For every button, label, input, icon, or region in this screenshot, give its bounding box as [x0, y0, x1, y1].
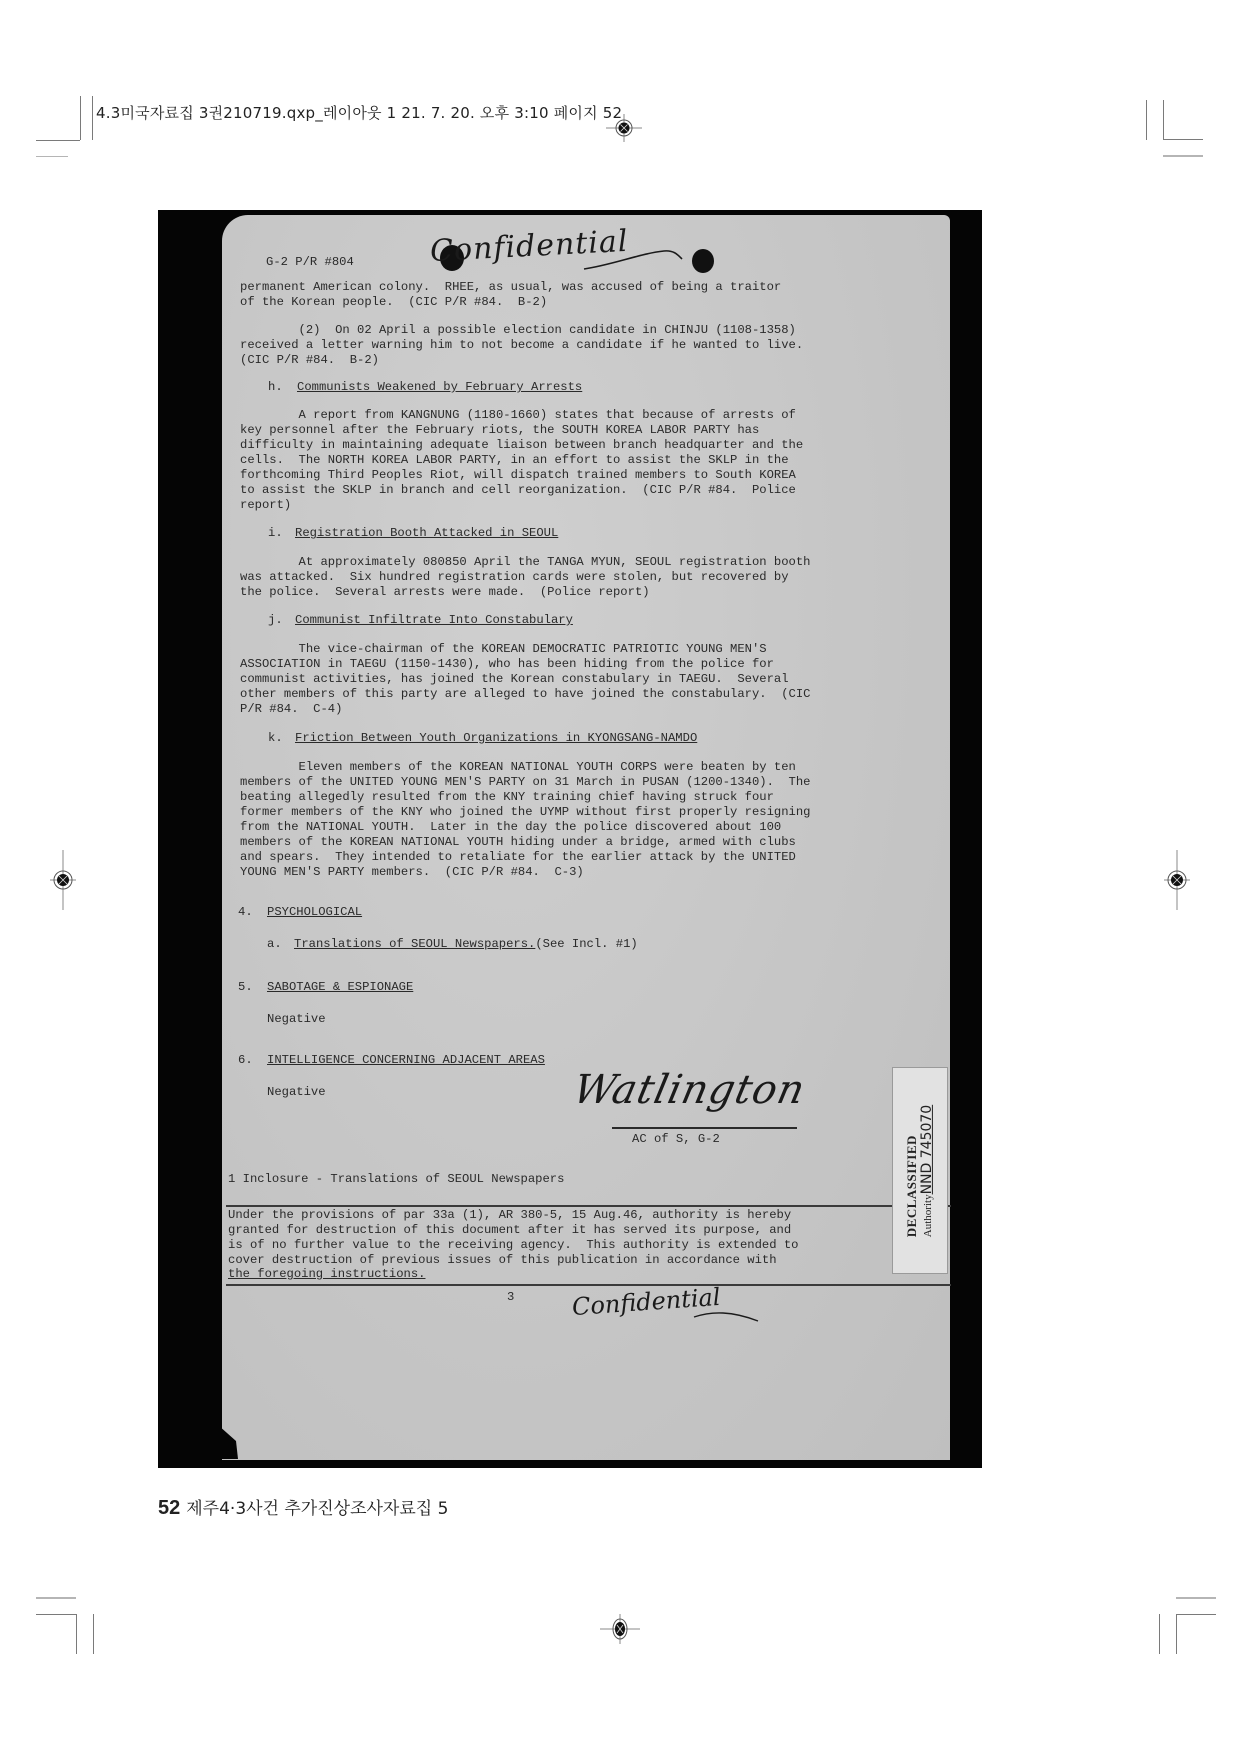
section-h-line-1: A report from KANGNUNG (1180-1660) state… — [240, 408, 796, 424]
inclosure-line: 1 Inclosure - Translations of SEOUL News… — [228, 1172, 564, 1188]
section-5-number: 5. — [238, 980, 253, 996]
registration-mark-bottom-icon — [600, 1614, 640, 1644]
crop-mark-bottom-left-h — [36, 1614, 76, 1615]
section-k-line-8: YOUNG MEN'S PARTY members. (CIC P/R #84.… — [240, 865, 584, 881]
continued-line-2: of the Korean people. (CIC P/R #84. B-2) — [240, 295, 547, 311]
declassified-stamp: DECLASSIFIED AuthorityNND 745070 — [892, 1067, 948, 1274]
ink-blot-right — [692, 249, 714, 273]
section-h-line-4: cells. The NORTH KOREA LABOR PARTY, in a… — [240, 453, 789, 469]
section-k-line-7: and spears. They intended to retaliate f… — [240, 850, 796, 866]
signature-title: AC of S, G-2 — [632, 1132, 720, 1148]
section-k-title: Friction Between Youth Organizations in … — [295, 731, 697, 747]
report-reference: G-2 P/R #804 — [266, 255, 354, 271]
section-4-title: PSYCHOLOGICAL — [267, 905, 362, 921]
crop-mark-bottom-right-v2 — [1159, 1614, 1160, 1654]
book-title: 제주4·3사건 추가진상조사자료집 5 — [186, 1499, 448, 1519]
registration-mark-right-icon — [1162, 850, 1192, 910]
notice-line-3: is of no further value to the receiving … — [228, 1238, 798, 1254]
section-h-line-5: forthcoming Third Peoples Riot, will dis… — [240, 468, 796, 484]
section-j-label: j. — [268, 613, 283, 629]
section-i-line-3: the police. Several arrests were made. (… — [240, 585, 650, 601]
section-k-line-5: from the NATIONAL YOUTH. Later in the da… — [240, 820, 781, 836]
stamp-authority-number: NND 745070 — [919, 1104, 935, 1194]
crop-mark-top-right-h — [1163, 139, 1203, 140]
section-h-line-6: to assist the SKLP in branch and cell re… — [240, 483, 796, 499]
section-k-line-6: members of the KOREAN NATIONAL YOUTH hid… — [240, 835, 796, 851]
section-4a-title: Translations of SEOUL Newspapers. — [294, 937, 535, 953]
section-6-body: Negative — [267, 1085, 326, 1101]
crop-mark-bottom-right-h2 — [1176, 1597, 1216, 1599]
crop-mark-top-left-v2 — [92, 96, 93, 140]
section-j-line-2: ASSOCIATION in TAEGU (1150-1430), who ha… — [240, 657, 774, 673]
section-i-label: i. — [268, 526, 283, 542]
para-2-line-3: (CIC P/R #84. B-2) — [240, 353, 379, 369]
crop-mark-top-right-v2 — [1163, 100, 1164, 140]
section-k-line-1: Eleven members of the KOREAN NATIONAL YO… — [240, 760, 796, 776]
crop-mark-top-right — [1146, 100, 1147, 140]
crop-mark-bottom-left — [76, 1614, 77, 1654]
signature-line — [612, 1127, 797, 1129]
continued-line-1: permanent American colony. RHEE, as usua… — [240, 280, 781, 296]
section-i-line-2: was attacked. Six hundred registration c… — [240, 570, 789, 586]
registration-mark-left-icon — [48, 850, 78, 910]
stamp-authority-label: Authority — [922, 1194, 934, 1237]
section-h-line-3: difficulty in maintaining adequate liais… — [240, 438, 803, 454]
section-5-title: SABOTAGE & ESPIONAGE — [267, 980, 413, 996]
signature-stroke-top — [582, 245, 692, 275]
section-h-label: h. — [268, 380, 283, 396]
crop-mark-bottom-right — [1176, 1614, 1177, 1654]
crop-mark-top-left-h2 — [36, 156, 68, 157]
section-j-line-1: The vice-chairman of the KOREAN DEMOCRAT… — [240, 642, 767, 658]
para-2-line-1: (2) On 02 April a possible election cand… — [240, 323, 796, 339]
section-i-title: Registration Booth Attacked in SEOUL — [295, 526, 558, 542]
document-body: G-2 P/R #804 Confidential permanent Amer… — [222, 215, 950, 1460]
stamp-declassified-label: DECLASSIFIED — [904, 1104, 920, 1236]
notice-line-5: the foregoing instructions. — [228, 1267, 425, 1283]
section-h-title: Communists Weakened by February Arrests — [297, 380, 582, 396]
section-k-label: k. — [268, 731, 283, 747]
handwritten-signature: Watlington — [572, 1083, 806, 1099]
section-j-line-5: P/R #84. C-4) — [240, 702, 342, 718]
registration-mark-top-icon — [606, 114, 642, 142]
section-4a-label: a. — [267, 937, 282, 953]
section-k-line-3: beating allegedly resulted from the KNY … — [240, 790, 774, 806]
document-page-number: 3 — [507, 1290, 514, 1306]
crop-mark-top-right-h2 — [1163, 155, 1203, 157]
notice-bottom-rule — [226, 1284, 951, 1286]
print-slug: 4.3미국자료집 3권210719.qxp_레이아웃 1 21. 7. 20. … — [96, 102, 622, 123]
section-i-line-1: At approximately 080850 April the TANGA … — [240, 555, 810, 571]
notice-top-rule — [226, 1205, 951, 1207]
crop-mark-bottom-right-h — [1176, 1614, 1216, 1615]
crop-mark-top-left-h — [36, 140, 80, 141]
section-4a-note: (See Incl. #1) — [528, 937, 638, 953]
book-footer: 52제주4·3사건 추가진상조사자료집 5 — [158, 1494, 448, 1520]
folded-corner — [218, 1425, 258, 1465]
book-page-number: 52 — [158, 1497, 180, 1519]
notice-line-1: Under the provisions of par 33a (1), AR … — [228, 1208, 791, 1224]
section-j-line-3: communist activities, has joined the Kor… — [240, 672, 789, 688]
section-j-line-4: other members of this party are alleged … — [240, 687, 810, 703]
section-5-body: Negative — [267, 1012, 326, 1028]
document-page: G-2 P/R #804 Confidential permanent Amer… — [222, 215, 950, 1460]
section-6-number: 6. — [238, 1053, 253, 1069]
section-k-line-2: members of the UNITED YOUNG MEN'S PARTY … — [240, 775, 810, 791]
section-h-line-7: report) — [240, 498, 291, 514]
para-2-line-2: received a letter warning him to not bec… — [240, 338, 803, 354]
section-h-line-2: key personnel after the February riots, … — [240, 423, 759, 439]
section-j-title: Communist Infiltrate Into Constabulary — [295, 613, 573, 629]
section-k-line-4: former members of the KNY who joined the… — [240, 805, 810, 821]
section-4-number: 4. — [238, 905, 253, 921]
crop-mark-bottom-left-v2 — [93, 1614, 94, 1654]
crop-mark-bottom-left-h2 — [36, 1597, 76, 1599]
crop-mark-top-left — [80, 96, 81, 140]
notice-line-2: granted for destruction of this document… — [228, 1223, 791, 1239]
section-6-title: INTELLIGENCE CONCERNING ADJACENT AREAS — [267, 1053, 545, 1069]
signature-stroke-bottom — [692, 1305, 762, 1325]
